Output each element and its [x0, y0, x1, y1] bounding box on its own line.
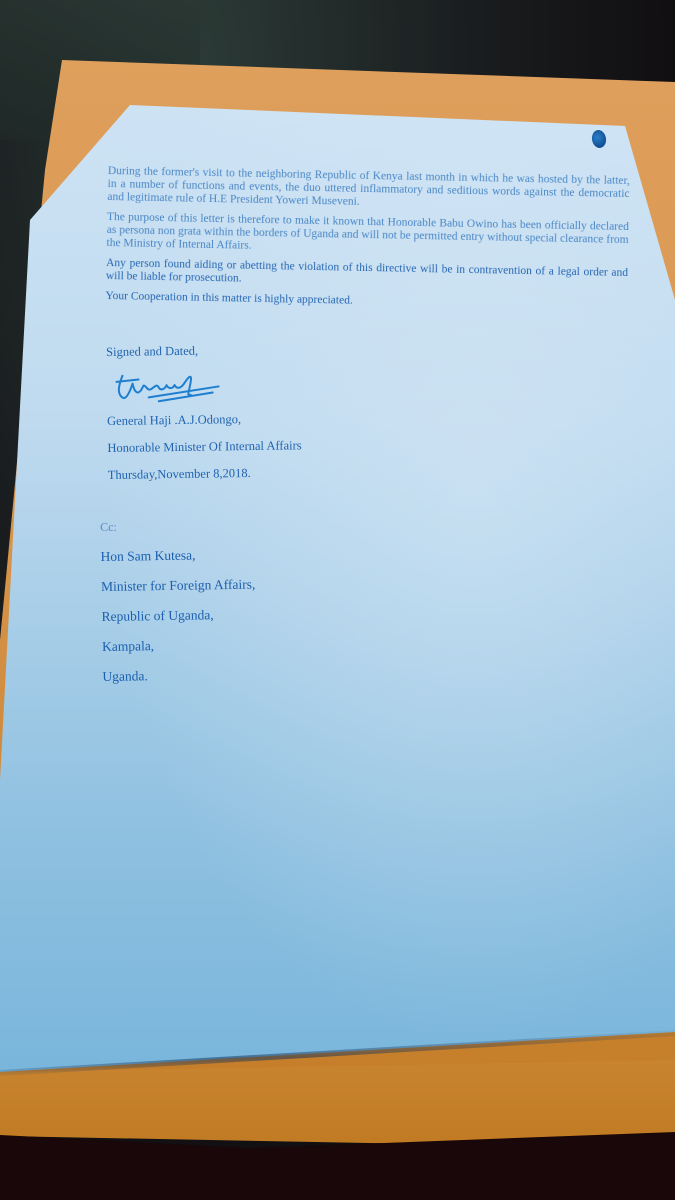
cc-label: Cc: — [100, 516, 255, 548]
signed-label: Signed and Dated, — [106, 342, 300, 360]
signatory-title: Honorable Minister Of Internal Affairs — [107, 438, 301, 456]
letter-body: During the former's visit to the neighbo… — [105, 165, 630, 320]
signature-icon — [108, 366, 229, 408]
paragraph-cooperation: Your Cooperation in this matter is highl… — [105, 290, 627, 313]
signature-block: Signed and Dated, General Haji .A.J.Odon… — [106, 342, 302, 483]
paragraph-purpose: The purpose of this letter is therefore … — [106, 211, 629, 260]
cc-line: Minister for Foreign Affairs, — [101, 576, 256, 608]
photo-scene: During the former's visit to the neighbo… — [0, 0, 675, 1200]
cc-line: Uganda. — [102, 666, 257, 698]
cc-line: Republic of Uganda, — [101, 606, 256, 638]
letter-date: Thursday,November 8,2018. — [108, 465, 302, 483]
cc-block: Cc: Hon Sam Kutesa, Minister for Foreign… — [100, 516, 257, 698]
cc-line: Kampala, — [102, 636, 257, 668]
cc-line: Hon Sam Kutesa, — [100, 546, 255, 578]
paragraph-warning: Any person found aiding or abetting the … — [106, 257, 628, 293]
